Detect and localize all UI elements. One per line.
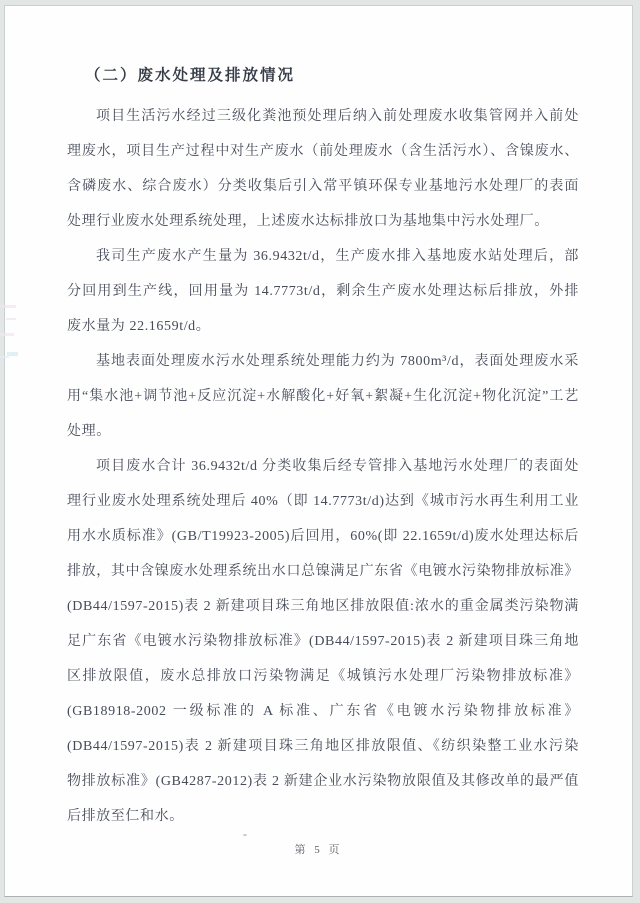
paragraph: 项目废水合计 36.9432t/d 分类收集后经专管排入基地污水处理厂的表面处理… xyxy=(67,449,579,834)
text-line: (DB44/1597-2015)表 2 新建项目珠三角地区排放限值、《纺织染整工… xyxy=(67,729,579,764)
text-line: 理行业废水处理系统处理后 40%（即 14.7773t/d)达到《城市污水再生利… xyxy=(67,484,579,519)
text-line: (GB18918-2002 一级标准的 A 标准、广东省《电镀水污染物排放标准》 xyxy=(67,694,579,729)
text-line: 用水水质标准》(GB/T19923-2005)后回用，60%(即 22.1659… xyxy=(67,519,579,554)
paragraph: 基地表面处理废水污水处理系统处理能力约为 7800m³/d，表面处理废水采用“集… xyxy=(67,344,579,449)
document-page: （二）废水处理及排放情况 项目生活污水经过三级化粪池预处理后纳入前处理废水收集管… xyxy=(4,5,633,897)
text-line: 废水量为 22.1659t/d。 xyxy=(67,309,579,344)
text-line: 后排放至仁和水。 xyxy=(67,799,579,834)
page-number: 第 5 页 xyxy=(5,841,632,857)
text-line: (DB44/1597-2015)表 2 新建项目珠三角地区排放限值:浓水的重金属… xyxy=(67,589,579,624)
text-line: 处理行业废水处理系统处理，上述废水达标排放口为基地集中污水处理厂。 xyxy=(67,204,579,239)
text-line: 我司生产废水产生量为 36.9432t/d，生产废水排入基地废水站处理后，部 xyxy=(67,239,579,274)
scanned-page-frame: （二）废水处理及排放情况 项目生活污水经过三级化粪池预处理后纳入前处理废水收集管… xyxy=(0,0,640,903)
text-line: 基地表面处理废水污水处理系统处理能力约为 7800m³/d，表面处理废水采 xyxy=(67,344,579,379)
text-line: 项目生活污水经过三级化粪池预处理后纳入前处理废水收集管网并入前处 xyxy=(67,99,579,134)
text-line: 物排放标准》(GB4287-2012)表 2 新建企业水污染物放限值及其修改单的… xyxy=(67,764,579,799)
text-line: 项目废水合计 36.9432t/d 分类收集后经专管排入基地污水处理厂的表面处 xyxy=(67,449,579,484)
text-line: 用“集水池+调节池+反应沉淀+水解酸化+好氧+絮凝+生化沉淀+物化沉淀”工艺 xyxy=(67,379,579,414)
section-heading: （二）废水处理及排放情况 xyxy=(85,63,632,85)
text-line: 足广东省《电镀水污染物排放标准》(DB44/1597-2015)表 2 新建项目… xyxy=(67,624,579,659)
paragraph: 项目生活污水经过三级化粪池预处理后纳入前处理废水收集管网并入前处理废水，项目生产… xyxy=(67,99,579,239)
body-text: 项目生活污水经过三级化粪池预处理后纳入前处理废水收集管网并入前处理废水，项目生产… xyxy=(67,99,579,834)
paragraph: 我司生产废水产生量为 36.9432t/d，生产废水排入基地废水站处理后，部分回… xyxy=(67,239,579,344)
text-line: 处理。 xyxy=(67,414,579,449)
text-line: 理废水，项目生产过程中对生产废水（前处理废水（含生活污水）、含镍废水、 xyxy=(67,134,579,169)
text-line: 排放，其中含镍废水处理系统出水口总镍满足广东省《电镀水污染物排放标准》 xyxy=(67,554,579,589)
text-line: 分回用到生产线，回用量为 14.7773t/d，剩余生产废水处理达标后排放，外排 xyxy=(67,274,579,309)
text-line: 区排放限值，废水总排放口污染物满足《城镇污水处理厂污染物排放标准》 xyxy=(67,659,579,694)
text-line: 含磷废水、综合废水）分类收集后引入常平镇环保专业基地污水处理厂的表面 xyxy=(67,169,579,204)
